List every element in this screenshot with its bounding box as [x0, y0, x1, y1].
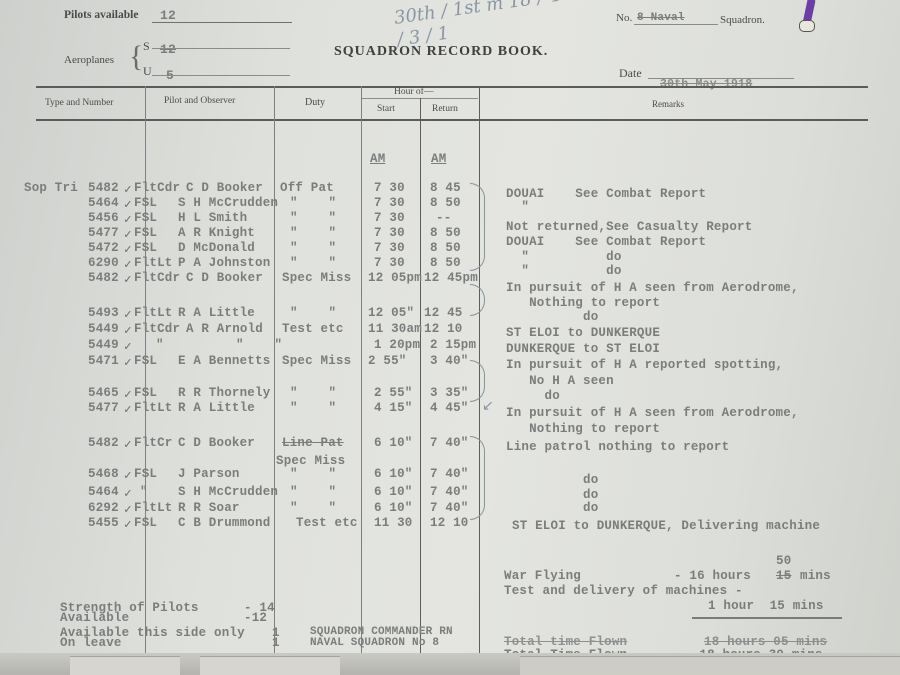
- aircraft-number: 5449: [88, 338, 119, 352]
- torn-flap: [200, 656, 340, 675]
- return-time: 2 15pm: [430, 338, 476, 352]
- remarks: DOUAI See Combat Report: [506, 235, 706, 249]
- checkmark-icon: ✓: [124, 436, 132, 452]
- start-time: 2 55": [374, 386, 413, 400]
- pilot-rank: FltLt: [134, 401, 173, 415]
- remarks: In pursuit of H A reported spotting,: [506, 358, 783, 372]
- pilot-rank: FSL: [134, 386, 157, 400]
- pilot-rank: FSL: [134, 211, 157, 225]
- remarks: DUNKERQUE to ST ELOI: [506, 342, 660, 356]
- group-bracket-noon: [470, 284, 485, 316]
- duty: " ": [290, 306, 336, 320]
- aircraft-number: 5455: [88, 516, 119, 530]
- checkmark-icon: ✓: [124, 501, 132, 517]
- checkmark-icon: ✓: [124, 271, 132, 287]
- pilot-name: J Parson: [178, 467, 240, 481]
- pilot-rank: FSL: [134, 241, 157, 255]
- return-time: 8 50: [430, 256, 461, 270]
- total-time-struck-label: Total time Flown: [504, 635, 627, 649]
- checkmark-icon: ✓: [124, 322, 132, 338]
- checkmark-icon: ✓: [124, 354, 132, 370]
- on-leave-value: 1: [272, 636, 280, 650]
- war-flying-label: War Flying: [504, 569, 581, 583]
- col-header-duty: Duty: [305, 97, 325, 108]
- checkmark-icon: ✓: [124, 241, 132, 257]
- signature-line-2: NAVAL SQUADRON No 8: [310, 637, 439, 649]
- pilot-rank: FltCr: [134, 436, 173, 450]
- war-flying-mins-corrected: 50: [776, 554, 791, 568]
- col-header-pilot-observer: Pilot and Observer: [164, 96, 235, 106]
- return-time: --: [436, 211, 451, 225]
- checkmark-icon: ✓: [124, 306, 132, 322]
- pilot-name: E A Bennetts: [178, 354, 270, 368]
- remarks-continued: Nothing to report: [506, 422, 660, 436]
- aircraft-number: 5477: [88, 226, 119, 240]
- pilot-name: C B Drummond: [178, 516, 270, 530]
- start-time: 7 30: [374, 226, 405, 240]
- checkmark-icon: ✓: [124, 256, 132, 272]
- remarks-continued: Nothing to report: [506, 296, 660, 310]
- start-period-label: AM: [370, 152, 385, 166]
- test-delivery-label: Test and delivery of machines -: [504, 584, 743, 598]
- pilot-name: C D Booker: [186, 181, 263, 195]
- remarks: ST ELOI to DUNKERQUE, Delivering machine: [512, 519, 820, 533]
- pilot-name: S H McCrudden: [178, 196, 278, 210]
- return-time: 7 40": [430, 485, 469, 499]
- start-time: 2 55": [368, 354, 407, 368]
- col-header-start: Start: [377, 104, 395, 114]
- war-flying-mins-label: mins: [800, 569, 831, 583]
- checkmark-icon: ✓: [124, 516, 132, 532]
- page-title: SQUADRON RECORD BOOK.: [334, 44, 548, 60]
- pilot-rank: FltCdr: [134, 322, 180, 336]
- aircraft-number: 5472: [88, 241, 119, 255]
- duty-struck: Line Pat: [282, 436, 344, 450]
- checkmark-icon: ✓: [124, 181, 132, 197]
- aeroplanes-s-underline: [152, 48, 290, 49]
- remarks: " do: [506, 250, 622, 264]
- pilot-rank: FSL: [134, 226, 157, 240]
- pilot-name: R A Little: [178, 306, 255, 320]
- duty: Off Pat: [280, 181, 334, 195]
- return-time: 3 35": [430, 386, 469, 400]
- total-time-struck-value: 18 hours 05 mins: [704, 635, 827, 649]
- pilot-name: R A Little: [178, 401, 255, 415]
- pilot-name: S H McCrudden: [178, 485, 278, 499]
- aircraft-number: 5465: [88, 386, 119, 400]
- remarks: In pursuit of H A seen from Aerodrome,: [506, 406, 799, 420]
- start-time: 12 05": [368, 306, 414, 320]
- pilot-name: C D Booker: [178, 436, 255, 450]
- pilot-name: R R Soar: [178, 501, 240, 515]
- pilot-rank: FSL: [134, 516, 157, 530]
- pilot-rank: FltLt: [134, 256, 173, 270]
- remarks: do: [506, 473, 598, 487]
- aircraft-number: 5464: [88, 485, 119, 499]
- aeroplanes-brace: {: [129, 42, 143, 72]
- pilot-rank: ": [156, 338, 164, 352]
- checkmark-icon: ✓: [124, 196, 132, 212]
- pencil-tick-icon: ↙: [482, 398, 494, 415]
- table-header-bottom-rule: [36, 119, 868, 121]
- pilot-name: D McDonald: [178, 241, 255, 255]
- start-time: 6 10": [374, 467, 413, 481]
- war-flying-value: - 16 hours: [674, 569, 751, 583]
- remarks: ": [506, 200, 529, 214]
- aircraft-number: 5464: [88, 196, 119, 210]
- aircraft-number: 5471: [88, 354, 119, 368]
- duty: " ": [290, 196, 336, 210]
- group-bracket-evening: [470, 436, 485, 520]
- aircraft-number: 6292: [88, 501, 119, 515]
- pilot-rank: ": [140, 485, 148, 499]
- start-time: 7 30: [374, 241, 405, 255]
- return-time: 8 50: [430, 226, 461, 240]
- group-bracket-morning: [470, 183, 485, 271]
- return-period-label: AM: [431, 152, 446, 166]
- return-time: 7 40": [430, 436, 469, 450]
- aircraft-number: 5482: [88, 181, 119, 195]
- duty: Spec Miss: [282, 271, 351, 285]
- pilot-rank: FltLt: [134, 306, 173, 320]
- squadron-no-underline: [634, 24, 718, 25]
- remarks: Not returned,See Casualty Report: [506, 220, 752, 234]
- available-value: -12: [244, 611, 267, 625]
- aircraft-number: 5449: [88, 322, 119, 336]
- start-time: 11 30am: [368, 322, 422, 336]
- return-time: 12 10: [424, 322, 463, 336]
- start-time: 6 10": [374, 485, 413, 499]
- aircraft-number: 5482: [88, 436, 119, 450]
- start-time: 11 30: [374, 516, 413, 530]
- pilot-rank: FSL: [134, 467, 157, 481]
- test-delivery-value: 1 hour 15 mins: [708, 599, 824, 613]
- start-time: 7 30: [374, 196, 405, 210]
- group-bracket-afternoon: [470, 360, 485, 402]
- pilot-name: P A Johnston: [178, 256, 270, 270]
- duty: Test etc: [282, 322, 344, 336]
- pilot-name: R R Thornely: [178, 386, 270, 400]
- start-time: 12 05pm: [368, 271, 422, 285]
- duty: " ": [290, 401, 336, 415]
- pilot-name: C D Booker: [186, 271, 263, 285]
- squadron-no-value: 8 Naval: [637, 12, 685, 24]
- start-time: 6 10": [374, 501, 413, 515]
- start-time: 7 30: [374, 211, 405, 225]
- remarks: In pursuit of H A seen from Aerodrome,: [506, 281, 799, 295]
- pilot-name: H L Smith: [178, 211, 247, 225]
- aircraft-number: 5477: [88, 401, 119, 415]
- duty: " ": [290, 226, 336, 240]
- pilots-available-label: Pilots available: [64, 9, 138, 21]
- aeroplanes-label: Aeroplanes: [64, 54, 114, 66]
- col-header-return: Return: [432, 104, 458, 114]
- pilot-rank: FltCdr: [134, 181, 180, 195]
- duty: " ": [290, 241, 336, 255]
- checkmark-icon: ✓: [124, 386, 132, 402]
- checkmark-icon: ✓: [124, 467, 132, 483]
- pilots-available-underline: [152, 22, 292, 23]
- squadron-label: Squadron.: [720, 14, 765, 26]
- squadron-no-label: No.: [616, 12, 632, 24]
- duty: " ": [290, 501, 336, 515]
- duty: " ": [290, 211, 336, 225]
- return-time: 4 45": [430, 401, 469, 415]
- start-time: 7 30: [374, 181, 405, 195]
- pilot-rank: FltLt: [134, 501, 173, 515]
- col-header-hour-of: Hour of—: [394, 87, 433, 97]
- checkmark-icon: ✓: [124, 211, 132, 227]
- duty: " ": [290, 485, 336, 499]
- duty: " ": [290, 467, 336, 481]
- remarks: do: [506, 488, 598, 502]
- pilot-name: A R Knight: [178, 226, 255, 240]
- aircraft-number: 5468: [88, 467, 119, 481]
- checkmark-icon: ✓: [124, 401, 132, 417]
- start-time: 6 10": [374, 436, 413, 450]
- return-time: 8 50: [430, 196, 461, 210]
- return-time: 8 50: [430, 241, 461, 255]
- duty: " ": [290, 386, 336, 400]
- pilot-rank: FSL: [134, 354, 157, 368]
- col-divider-duty: [361, 86, 362, 666]
- return-time: 7 40": [430, 501, 469, 515]
- checkmark-icon: ✓: [124, 226, 132, 242]
- start-time: 7 30: [374, 256, 405, 270]
- col-divider-type: [145, 86, 146, 666]
- col-divider-start: [420, 98, 421, 666]
- remarks: do: [506, 501, 598, 515]
- duty: Test etc: [296, 516, 358, 530]
- aircraft-number: 5493: [88, 306, 119, 320]
- remarks: do: [506, 389, 560, 403]
- duty: " ": [290, 256, 336, 270]
- start-time: 1 20pm: [374, 338, 420, 352]
- date-label: Date: [619, 66, 642, 81]
- aircraft-number: 6290: [88, 256, 119, 270]
- on-leave-label: On leave: [60, 636, 122, 650]
- remarks-continued: No H A seen: [506, 374, 614, 388]
- col-header-type-number: Type and Number: [45, 98, 113, 108]
- available-label: Available: [60, 611, 129, 625]
- remarks: DOUAI See Combat Report: [506, 187, 706, 201]
- start-time: 4 15": [374, 401, 413, 415]
- return-time: 3 40": [430, 354, 469, 368]
- date-value: 30th May 1918: [660, 78, 752, 91]
- pilot-name: A R Arnold: [186, 322, 263, 336]
- remarks: do: [506, 310, 598, 324]
- binding-knot-icon: [799, 20, 815, 32]
- torn-flap: [520, 656, 900, 675]
- col-divider-pilot: [274, 86, 275, 666]
- return-time: 8 45: [430, 181, 461, 195]
- checkmark-icon: ✓: [124, 485, 132, 501]
- aircraft-number: 5482: [88, 271, 119, 285]
- col-header-remarks: Remarks: [652, 99, 684, 109]
- aeroplanes-s-value: 12: [160, 42, 176, 57]
- return-time: 12 45pm: [424, 271, 478, 285]
- return-time: 12 45: [424, 306, 463, 320]
- pilots-available-value: 12: [160, 8, 176, 23]
- duty: " ": [236, 338, 282, 352]
- aeroplanes-u-underline: [152, 75, 290, 76]
- table-top-rule: [36, 86, 868, 88]
- remarks: " do: [506, 264, 622, 278]
- pilot-rank: FSL: [134, 196, 157, 210]
- aircraft-type: Sop Tri: [24, 181, 78, 195]
- return-time: 7 40": [430, 467, 469, 481]
- war-flying-mins-struck: 15: [776, 569, 791, 583]
- remarks: ST ELOI to DUNKERQUE: [506, 326, 660, 340]
- pilot-rank: FltCdr: [134, 271, 180, 285]
- return-time: 12 10: [430, 516, 469, 530]
- aircraft-number: 5456: [88, 211, 119, 225]
- duty: Spec Miss: [282, 354, 351, 368]
- duty-corrected: Spec Miss: [276, 454, 345, 468]
- checkmark-icon: ✓: [124, 338, 132, 354]
- summary-total-rule: [692, 617, 842, 619]
- torn-flap: [70, 656, 180, 675]
- aeroplanes-s-label: S: [143, 39, 150, 54]
- remarks: Line patrol nothing to report: [506, 440, 729, 454]
- aeroplanes-u-label: U: [143, 64, 152, 79]
